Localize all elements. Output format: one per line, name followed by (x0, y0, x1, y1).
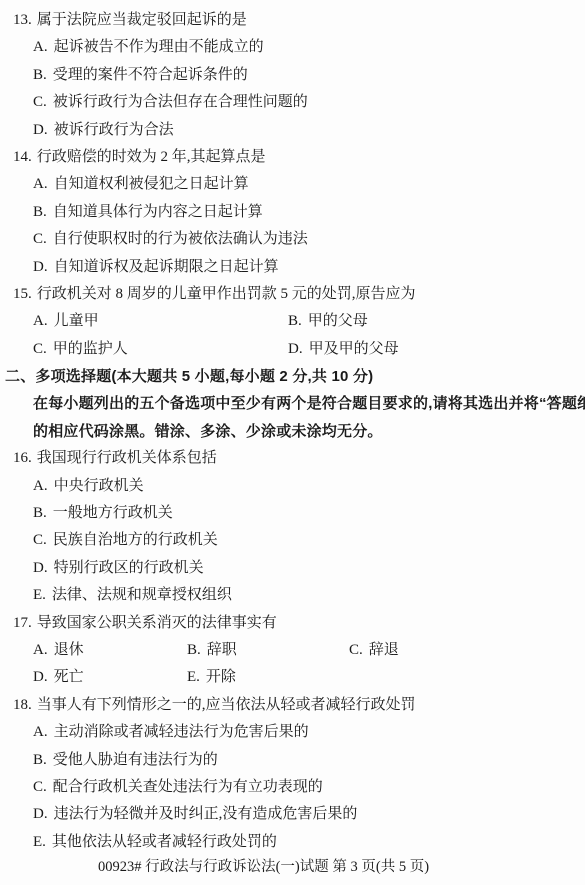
option-text: 甲及甲的父母 (309, 341, 399, 357)
option-text: 辞退 (369, 642, 399, 658)
question-number: 14. (13, 149, 32, 165)
question-stem: 行政赔偿的时效为 2 年,其起算点是 (37, 149, 266, 165)
option-row: A.退休B.辞职C.辞退 (33, 637, 579, 664)
question-number: 13. (13, 12, 32, 28)
option-label: A. (33, 724, 48, 740)
option-label: A. (33, 176, 48, 192)
question-number: 18. (13, 697, 32, 713)
option-text: 辞职 (207, 642, 237, 658)
option-text: 一般地方行政机关 (53, 505, 173, 521)
option-text: 退休 (54, 642, 84, 658)
option-line: D.特别行政区的行政机关 (33, 555, 579, 582)
option-text: 特别行政区的行政机关 (54, 560, 204, 576)
option-cell: C.辞退 (349, 637, 579, 664)
option-line: B.受他人胁迫有违法行为的 (33, 747, 579, 774)
option-text: 受理的案件不符合起诉条件的 (53, 67, 248, 83)
section-instruction: 在每小题列出的五个备选项中至少有两个是符合题目要求的,请将其选出并将“答题纸” (33, 390, 579, 417)
option-line: C.民族自治地方的行政机关 (33, 527, 579, 554)
option-text: 死亡 (54, 669, 84, 685)
option-text: 配合行政机关查处违法行为有立功表现的 (53, 779, 323, 795)
exam-page: 13.属于法院应当裁定驳回起诉的是A.起诉被告不作为理由不能成立的B.受理的案件… (0, 0, 585, 885)
question-stem-line: 17.导致国家公职关系消灭的法律事实有 (13, 610, 579, 637)
question-stem-line: 18.当事人有下列情形之一的,应当依法从轻或者减轻行政处罚 (13, 692, 579, 719)
option-line: A.自知道权利被侵犯之日起计算 (33, 171, 579, 198)
option-line: A.起诉被告不作为理由不能成立的 (33, 34, 579, 61)
option-label: D. (33, 669, 48, 685)
option-text: 儿童甲 (54, 313, 99, 329)
option-line: A.主动消除或者减轻违法行为危害后果的 (33, 719, 579, 746)
option-label: A. (33, 39, 48, 55)
option-row: C.甲的监护人D.甲及甲的父母 (33, 336, 579, 363)
page-footer: 00923# 行政法与行政诉讼法(一)试题 第 3 页(共 5 页) (0, 856, 527, 878)
option-row: D.死亡E.开除 (33, 664, 579, 691)
option-line: B.一般地方行政机关 (33, 500, 579, 527)
option-cell: D.甲及甲的父母 (288, 336, 579, 363)
option-label: D. (288, 341, 303, 357)
question-stem: 我国现行行政机关体系包括 (37, 450, 217, 466)
option-label: E. (33, 587, 46, 603)
section-heading: 二、多项选择题(本大题共 5 小题,每小题 2 分,共 10 分) (5, 363, 579, 390)
question-stem-line: 16.我国现行行政机关体系包括 (13, 445, 579, 472)
section-instruction: 的相应代码涂黑。错涂、多涂、少涂或未涂均无分。 (33, 418, 579, 445)
footer-text: 00923# 行政法与行政诉讼法(一)试题 第 3 页(共 5 页) (98, 859, 429, 875)
option-text: 自行使职权时的行为被依法确认为违法 (53, 231, 308, 247)
option-cell: A.退休 (33, 637, 187, 664)
option-cell: D.死亡 (33, 664, 187, 691)
option-line: D.被诉行政行为合法 (33, 117, 579, 144)
option-label: B. (33, 67, 47, 83)
option-label: C. (33, 94, 47, 110)
option-label: D. (33, 806, 48, 822)
option-label: B. (187, 642, 201, 658)
option-text: 甲的监护人 (53, 341, 128, 357)
question-stem-line: 13.属于法院应当裁定驳回起诉的是 (13, 7, 579, 34)
option-text: 中央行政机关 (54, 478, 144, 494)
option-cell: B.甲的父母 (288, 308, 579, 335)
question-stem: 当事人有下列情形之一的,应当依法从轻或者减轻行政处罚 (37, 697, 416, 713)
option-line: D.违法行为轻微并及时纠正,没有造成危害后果的 (33, 801, 579, 828)
option-label: B. (288, 313, 302, 329)
question-stem: 行政机关对 8 周岁的儿童甲作出罚款 5 元的处罚,原告应为 (37, 286, 416, 302)
option-text: 自知道诉权及起诉期限之日起计算 (54, 259, 279, 275)
option-line: E.其他依法从轻或者减轻行政处罚的 (33, 829, 579, 856)
option-line: C.配合行政机关查处违法行为有立功表现的 (33, 774, 579, 801)
option-text: 法律、法规和规章授权组织 (52, 587, 232, 603)
option-label: E. (33, 834, 46, 850)
option-label: B. (33, 505, 47, 521)
option-line: E.法律、法规和规章授权组织 (33, 582, 579, 609)
option-text: 自知道具体行为内容之日起计算 (53, 204, 263, 220)
option-line: A.中央行政机关 (33, 473, 579, 500)
option-text: 甲的父母 (308, 313, 368, 329)
option-label: B. (33, 204, 47, 220)
option-cell: E.开除 (187, 664, 579, 691)
option-label: C. (349, 642, 363, 658)
option-row: A.儿童甲B.甲的父母 (33, 308, 579, 335)
option-text: 开除 (206, 669, 236, 685)
option-text: 民族自治地方的行政机关 (53, 532, 218, 548)
option-text: 被诉行政行为合法但存在合理性问题的 (53, 94, 308, 110)
option-cell: C.甲的监护人 (33, 336, 288, 363)
option-text: 其他依法从轻或者减轻行政处罚的 (52, 834, 277, 850)
option-label: D. (33, 560, 48, 576)
option-label: B. (33, 752, 47, 768)
option-text: 违法行为轻微并及时纠正,没有造成危害后果的 (54, 806, 358, 822)
option-label: C. (33, 779, 47, 795)
question-number: 16. (13, 450, 32, 466)
question-stem-line: 14.行政赔偿的时效为 2 年,其起算点是 (13, 144, 579, 171)
option-line: B.自知道具体行为内容之日起计算 (33, 199, 579, 226)
question-stem: 属于法院应当裁定驳回起诉的是 (37, 12, 247, 28)
option-cell: B.辞职 (187, 637, 349, 664)
option-line: C.被诉行政行为合法但存在合理性问题的 (33, 89, 579, 116)
option-label: C. (33, 341, 47, 357)
option-text: 主动消除或者减轻违法行为危害后果的 (54, 724, 309, 740)
question-number: 17. (13, 615, 32, 631)
option-text: 起诉被告不作为理由不能成立的 (54, 39, 264, 55)
option-line: D.自知道诉权及起诉期限之日起计算 (33, 254, 579, 281)
option-label: E. (187, 669, 200, 685)
option-label: C. (33, 532, 47, 548)
option-line: C.自行使职权时的行为被依法确认为违法 (33, 226, 579, 253)
exam-content: 13.属于法院应当裁定驳回起诉的是A.起诉被告不作为理由不能成立的B.受理的案件… (13, 7, 579, 856)
option-label: D. (33, 122, 48, 138)
question-stem: 导致国家公职关系消灭的法律事实有 (37, 615, 277, 631)
option-text: 自知道权利被侵犯之日起计算 (54, 176, 249, 192)
option-text: 被诉行政行为合法 (54, 122, 174, 138)
option-label: C. (33, 231, 47, 247)
option-cell: A.儿童甲 (33, 308, 288, 335)
option-label: A. (33, 478, 48, 494)
option-line: B.受理的案件不符合起诉条件的 (33, 62, 579, 89)
option-label: A. (33, 313, 48, 329)
option-text: 受他人胁迫有违法行为的 (53, 752, 218, 768)
question-number: 15. (13, 286, 32, 302)
option-label: D. (33, 259, 48, 275)
question-stem-line: 15.行政机关对 8 周岁的儿童甲作出罚款 5 元的处罚,原告应为 (13, 281, 579, 308)
option-label: A. (33, 642, 48, 658)
